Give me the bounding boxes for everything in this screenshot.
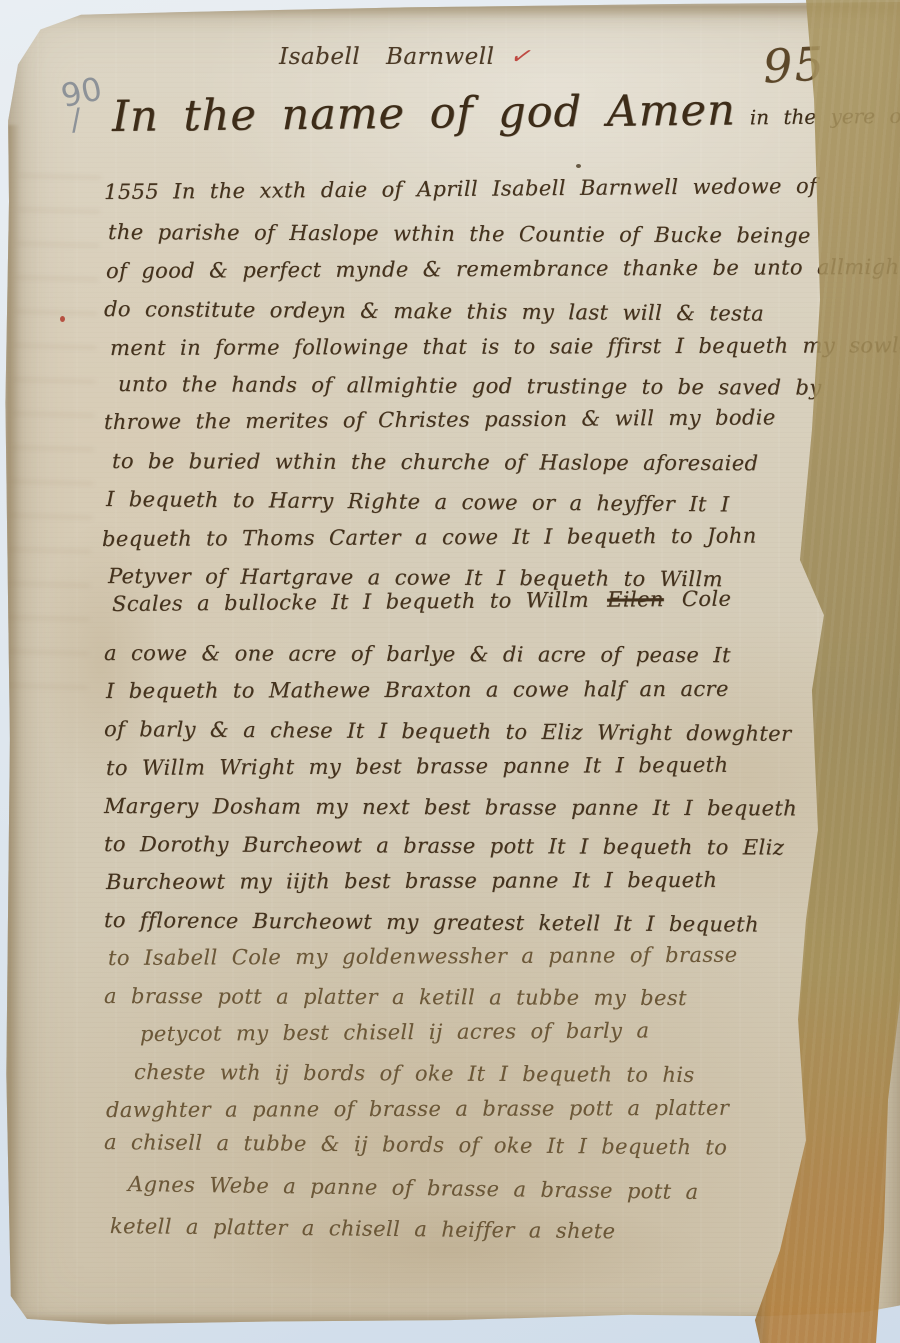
line-text: I bequeth to Harry Righte a cowe or a he… bbox=[106, 487, 730, 516]
line-text: Scales a bullocke It I bequeth to Willm bbox=[112, 588, 589, 616]
manuscript-line: of barly & a chese It I bequeth to Eliz … bbox=[104, 717, 792, 746]
line-text: a cowe & one acre of barlye & di acre of… bbox=[104, 641, 731, 667]
line-text: to Willm Wright my best brasse panne It … bbox=[106, 753, 729, 780]
manuscript-line: to be buried wthin the churche of Haslop… bbox=[112, 449, 759, 475]
line-text: Cole bbox=[682, 587, 732, 611]
manuscript-photo: { "palette": { "mount_background": "#dfe… bbox=[0, 0, 900, 1343]
manuscript-line: the parishe of Haslope wthin the Countie… bbox=[108, 220, 811, 248]
manuscript-line: Margery Dosham my next best brasse panne… bbox=[104, 794, 797, 820]
line-text: Margery Dosham my next best brasse panne… bbox=[104, 794, 797, 820]
line-text: do constitute ordeyn & make this my last… bbox=[104, 297, 764, 326]
manuscript-line: throwe the merites of Christes passion &… bbox=[104, 405, 776, 434]
manuscript-line: to fflorence Burcheowt my greatest ketel… bbox=[104, 908, 759, 937]
manuscript-line: 1555 In the xxth daie of Aprill Isabell … bbox=[104, 174, 817, 204]
manuscript-line: a brasse pott a platter a ketill a tubbe… bbox=[104, 984, 687, 1010]
line-text: of good & perfect mynde & remembrance th… bbox=[106, 255, 900, 283]
manuscript-line: a cowe & one acre of barlye & di acre of… bbox=[104, 641, 731, 667]
line-text: to fflorence Burcheowt my greatest ketel… bbox=[104, 908, 759, 937]
manuscript-line: unto the hands of allmightie god trustin… bbox=[118, 372, 822, 400]
line-text: Agnes Webe a panne of brasse a brasse po… bbox=[128, 1172, 699, 1204]
manuscript-line: Agnes Webe a panne of brasse a brasse po… bbox=[128, 1172, 699, 1204]
manuscript-line: of good & perfect mynde & remembrance th… bbox=[106, 255, 900, 283]
photo-stage: Isabell Barnwell✓ 95 90/ In the name of … bbox=[0, 0, 900, 1343]
line-text: to Dorothy Burcheowt a brasse pott It I … bbox=[104, 832, 784, 860]
line-text: petycot my best chisell ij acres of barl… bbox=[140, 1018, 650, 1046]
manuscript-line: Burcheowt my iijth best brasse panne It … bbox=[106, 868, 717, 894]
struck-word: Eilen bbox=[607, 587, 664, 611]
line-text: of barly & a chese It I bequeth to Eliz … bbox=[104, 717, 792, 746]
line-text: throwe the merites of Christes passion &… bbox=[104, 405, 776, 434]
manuscript-line: ketell a platter a chisell a heiffer a s… bbox=[110, 1214, 616, 1243]
line-text: bequeth to Thoms Carter a cowe It I bequ… bbox=[102, 524, 757, 551]
line-text: a brasse pott a platter a ketill a tubbe… bbox=[104, 984, 687, 1010]
manuscript-line: I bequeth to Harry Righte a cowe or a he… bbox=[106, 487, 730, 516]
manuscript-line: to Willm Wright my best brasse panne It … bbox=[106, 753, 729, 780]
line-text: cheste wth ij bords of oke It I bequeth … bbox=[134, 1060, 695, 1087]
line-text: ment in forme followinge that is to saie… bbox=[110, 333, 900, 360]
manuscript-line: dawghter a panne of brasse a brasse pott… bbox=[106, 1096, 729, 1122]
line-text: to be buried wthin the churche of Haslop… bbox=[112, 449, 759, 475]
manuscript-line: ment in forme followinge that is to saie… bbox=[110, 333, 900, 360]
manuscript-line: Scales a bullocke It I bequeth to Willm … bbox=[112, 587, 732, 616]
line-text: Burcheowt my iijth best brasse panne It … bbox=[106, 868, 717, 894]
line-text: a chisell a tubbe & ij bords of oke It I… bbox=[104, 1130, 727, 1159]
manuscript-text: 1555 In the xxth daie of Aprill Isabell … bbox=[0, 0, 900, 1343]
manuscript-line: bequeth to Thoms Carter a cowe It I bequ… bbox=[102, 524, 757, 551]
manuscript-line: petycot my best chisell ij acres of barl… bbox=[140, 1018, 650, 1046]
line-text: 1555 In the xxth daie of Aprill Isabell … bbox=[104, 174, 817, 204]
line-text: to Isabell Cole my goldenwessher a panne… bbox=[108, 943, 738, 970]
manuscript-line: to Isabell Cole my goldenwessher a panne… bbox=[108, 943, 738, 970]
manuscript-line: a chisell a tubbe & ij bords of oke It I… bbox=[104, 1130, 727, 1159]
manuscript-line: do constitute ordeyn & make this my last… bbox=[104, 297, 764, 326]
manuscript-line: cheste wth ij bords of oke It I bequeth … bbox=[134, 1060, 695, 1087]
line-text: unto the hands of allmightie god trustin… bbox=[118, 372, 822, 400]
line-text: ketell a platter a chisell a heiffer a s… bbox=[110, 1214, 616, 1243]
line-text: dawghter a panne of brasse a brasse pott… bbox=[106, 1096, 729, 1122]
line-text: I bequeth to Mathewe Braxton a cowe half… bbox=[106, 677, 729, 703]
line-text: the parishe of Haslope wthin the Countie… bbox=[108, 220, 811, 248]
manuscript-line: I bequeth to Mathewe Braxton a cowe half… bbox=[106, 677, 729, 703]
manuscript-line: to Dorothy Burcheowt a brasse pott It I … bbox=[104, 832, 784, 860]
